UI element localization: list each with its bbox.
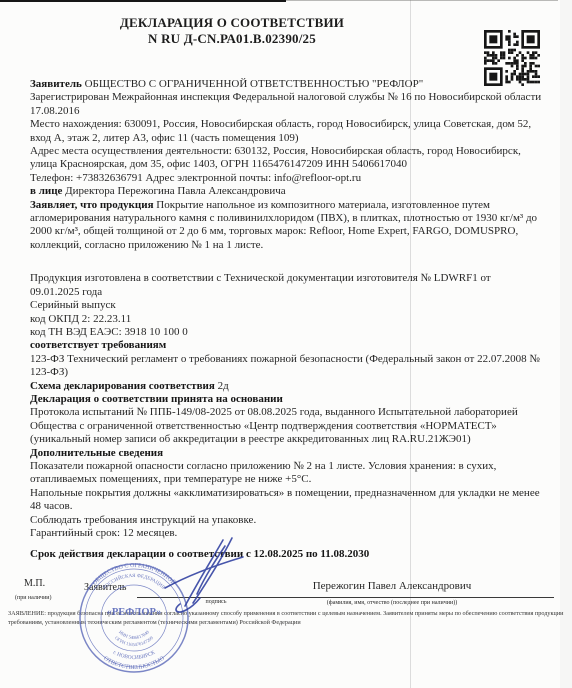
basis-heading: Декларация о соответствии принята на осн… [30, 393, 542, 406]
fire-indicators-line: Показатели пожарной опасности согласно п… [30, 460, 542, 487]
activity-address-line: Адрес места осуществления деятельности: … [30, 145, 542, 172]
stamp-inn-text: ИНН 5406617040 [118, 629, 151, 640]
stamp-place-note: (при наличии) [15, 595, 52, 601]
name-caption: (фамилия, имя, отчество (последнее при н… [230, 600, 554, 606]
represented-by-line: в лице Директора Пережогина Павла Алекса… [30, 185, 542, 198]
scan-artifact-top-black [0, 0, 286, 2]
title-line1: ДЕКЛАРАЦИЯ О СООТВЕТСТВИИ [0, 15, 464, 31]
registration-line: Зарегистрирован Межрайонная инспекция Фе… [30, 91, 542, 118]
stamp-place-label: М.П. [24, 578, 45, 589]
location-line: Место нахождения: 630091, Россия, Новоси… [30, 118, 542, 145]
okpd-line: код ОКПД 2: 22.23.11 [30, 313, 542, 326]
additional-heading: Дополнительные сведения [30, 447, 542, 460]
protocol-line: Протокола испытаний № ППБ-149/08-2025 от… [30, 406, 542, 446]
applicant-value: ОБЩЕСТВО С ОГРАНИЧЕННОЙ ОТВЕТСТВЕННОСТЬЮ… [82, 78, 423, 90]
regulation-line: 123-ФЗ Технический регламент о требовани… [30, 353, 542, 380]
complies-heading: соответствует требованиям [30, 339, 542, 352]
declaration-page: ДЕКЛАРАЦИЯ О СООТВЕТСТВИИ N RU Д-CN.РА01… [0, 0, 572, 688]
instructions-line: Соблюдать требования инструкций на упако… [30, 514, 542, 527]
tnved-line: код ТН ВЭД ЕАЭС: 3918 10 100 0 [30, 326, 542, 339]
phone-email-line: Телефон: +73832636791 Адрес электронной … [30, 172, 542, 185]
manufactured-line: Продукция изготовлена в соответствии с Т… [30, 272, 542, 299]
product-line: Заявляет, что продукция Покрытие напольн… [30, 199, 542, 253]
applicant-label: Заявитель [30, 78, 82, 90]
validity-line: Срок действия декларации о соответствии … [30, 548, 542, 561]
document-title: ДЕКЛАРАЦИЯ О СООТВЕТСТВИИ N RU Д-CN.РА01… [0, 15, 464, 47]
title-number: N RU Д-CN.РА01.В.02390/25 [0, 31, 464, 47]
serial-line: Серийный выпуск [30, 299, 542, 312]
scheme-line: Схема декларирования соответствия 2д [30, 380, 542, 393]
svg-text:ИНН 5406617040: ИНН 5406617040 [118, 629, 151, 640]
name-rule [230, 581, 554, 598]
scan-artifact-top-gray [286, 0, 558, 1]
handwritten-signature [135, 536, 255, 616]
applicant-line: Заявитель ОБЩЕСТВО С ОГРАНИЧЕННОЙ ОТВЕТС… [30, 78, 542, 91]
scan-edge-shadow [560, 0, 572, 688]
warranty-line: Гарантийный срок: 12 месяцев. [30, 527, 542, 540]
declaration-body: Заявитель ОБЩЕСТВО С ОГРАНИЧЕННОЙ ОТВЕТС… [30, 78, 542, 562]
acclimatization-line: Напольные покрытия должны «акклиматизиро… [30, 487, 542, 514]
